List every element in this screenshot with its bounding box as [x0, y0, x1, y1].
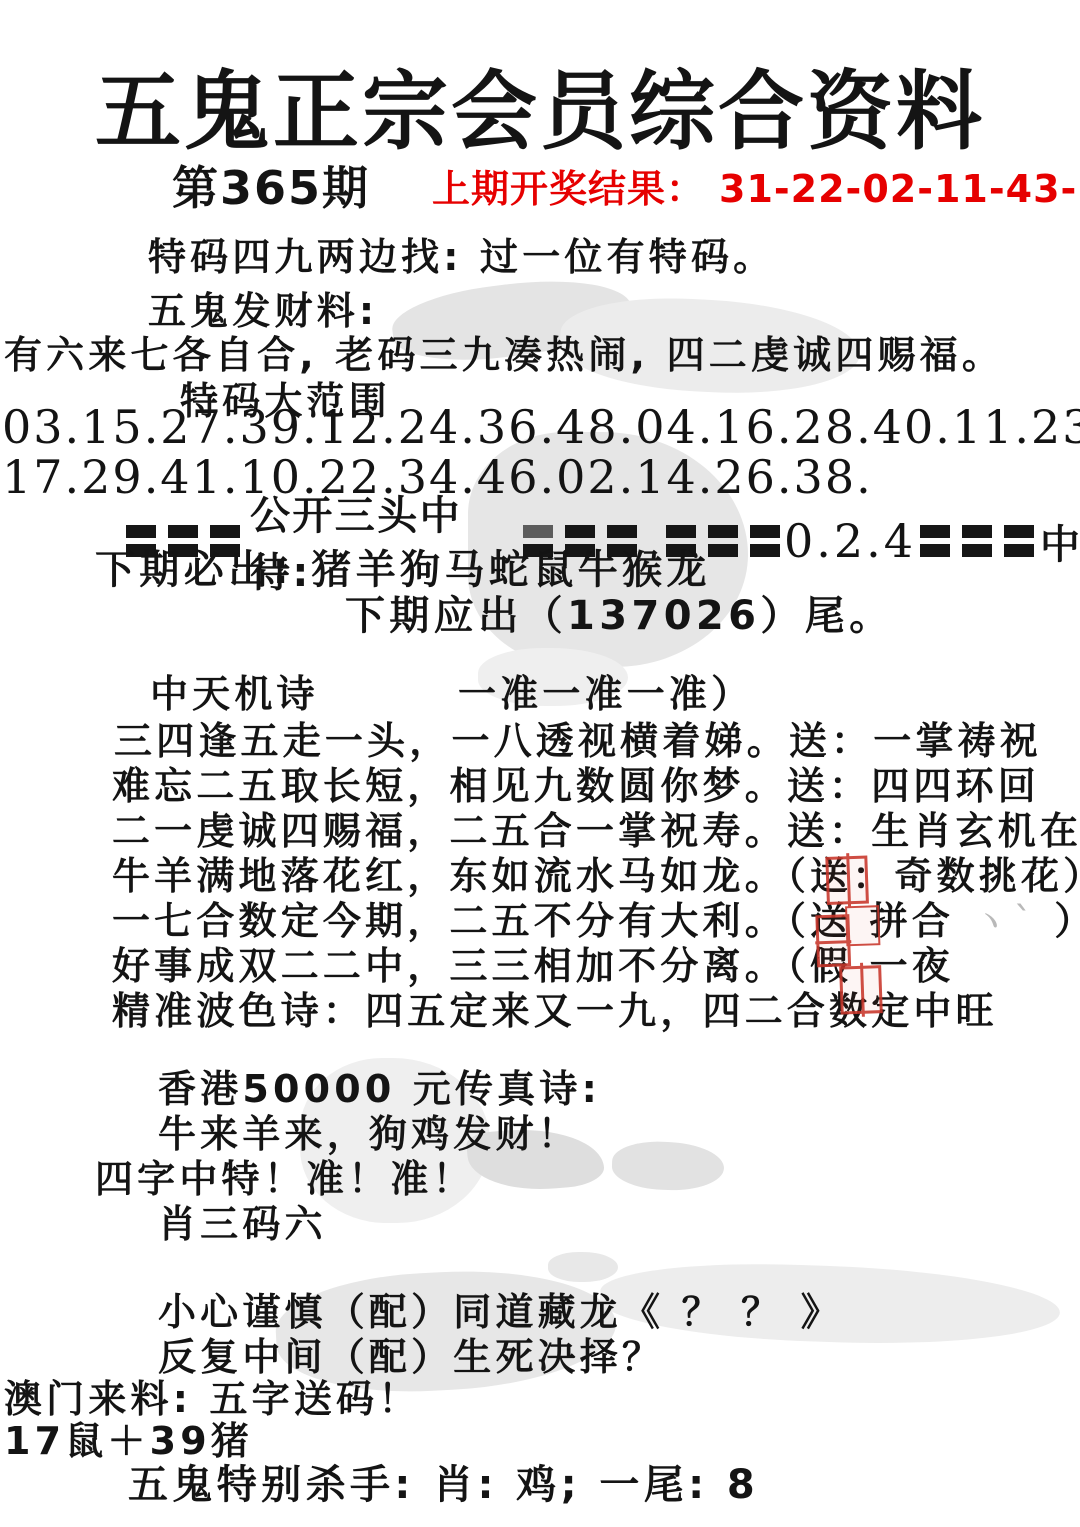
issue-number: 第365期 — [172, 152, 370, 218]
poem-line-5-close: ） — [1054, 899, 1080, 943]
watermark-blob — [611, 1140, 725, 1192]
censor-block — [708, 522, 738, 560]
fax-line-4: 肖三码六 — [158, 1193, 327, 1248]
wealth-line: 有六来七各自合, 老码三九凑热闹, 四二虔诚四赐福。 — [4, 324, 1004, 379]
killer-line: 五鬼特别杀手: 肖: 鸡; 一尾: 8 — [128, 1453, 759, 1510]
red-seal-stamp — [809, 855, 900, 1014]
censor-block-group — [920, 522, 1034, 560]
three-heads-suffix: 中 — [1040, 513, 1080, 570]
last-draw-numbers: 31-22-02-11-43-28+12 — [719, 167, 1080, 211]
tip-find-line: 特码四九两边找: 过一位有特码。 — [148, 226, 775, 281]
poem-line-5-faint-marks: ヽ` — [971, 899, 1036, 943]
censor-block — [962, 522, 992, 560]
last-draw-label: 上期开奖结果： — [432, 167, 705, 211]
seal-glyph — [825, 856, 869, 905]
next-should-line: 下期应出（137026）尾。 — [345, 584, 894, 641]
seal-glyph — [815, 914, 851, 967]
censor-block — [920, 522, 950, 560]
watermark-blob — [548, 1252, 618, 1282]
lottery-info-sheet: 五鬼正宗会员综合资料 第365期 上期开奖结果：31-22-02-11-43-2… — [0, 0, 1080, 1527]
range-row-1: 03.15.27.39.12.24.36.48.04.16.28.40.11.2… — [2, 400, 1080, 454]
last-draw-result: 上期开奖结果：31-22-02-11-43-28+12 — [432, 158, 1080, 213]
censor-block — [1004, 522, 1034, 560]
seal-glyph — [839, 965, 883, 1014]
three-heads-value: 0.2.4 — [784, 514, 916, 568]
page-title: 五鬼正宗会员综合资料 — [0, 42, 1080, 166]
censor-block — [750, 522, 780, 560]
